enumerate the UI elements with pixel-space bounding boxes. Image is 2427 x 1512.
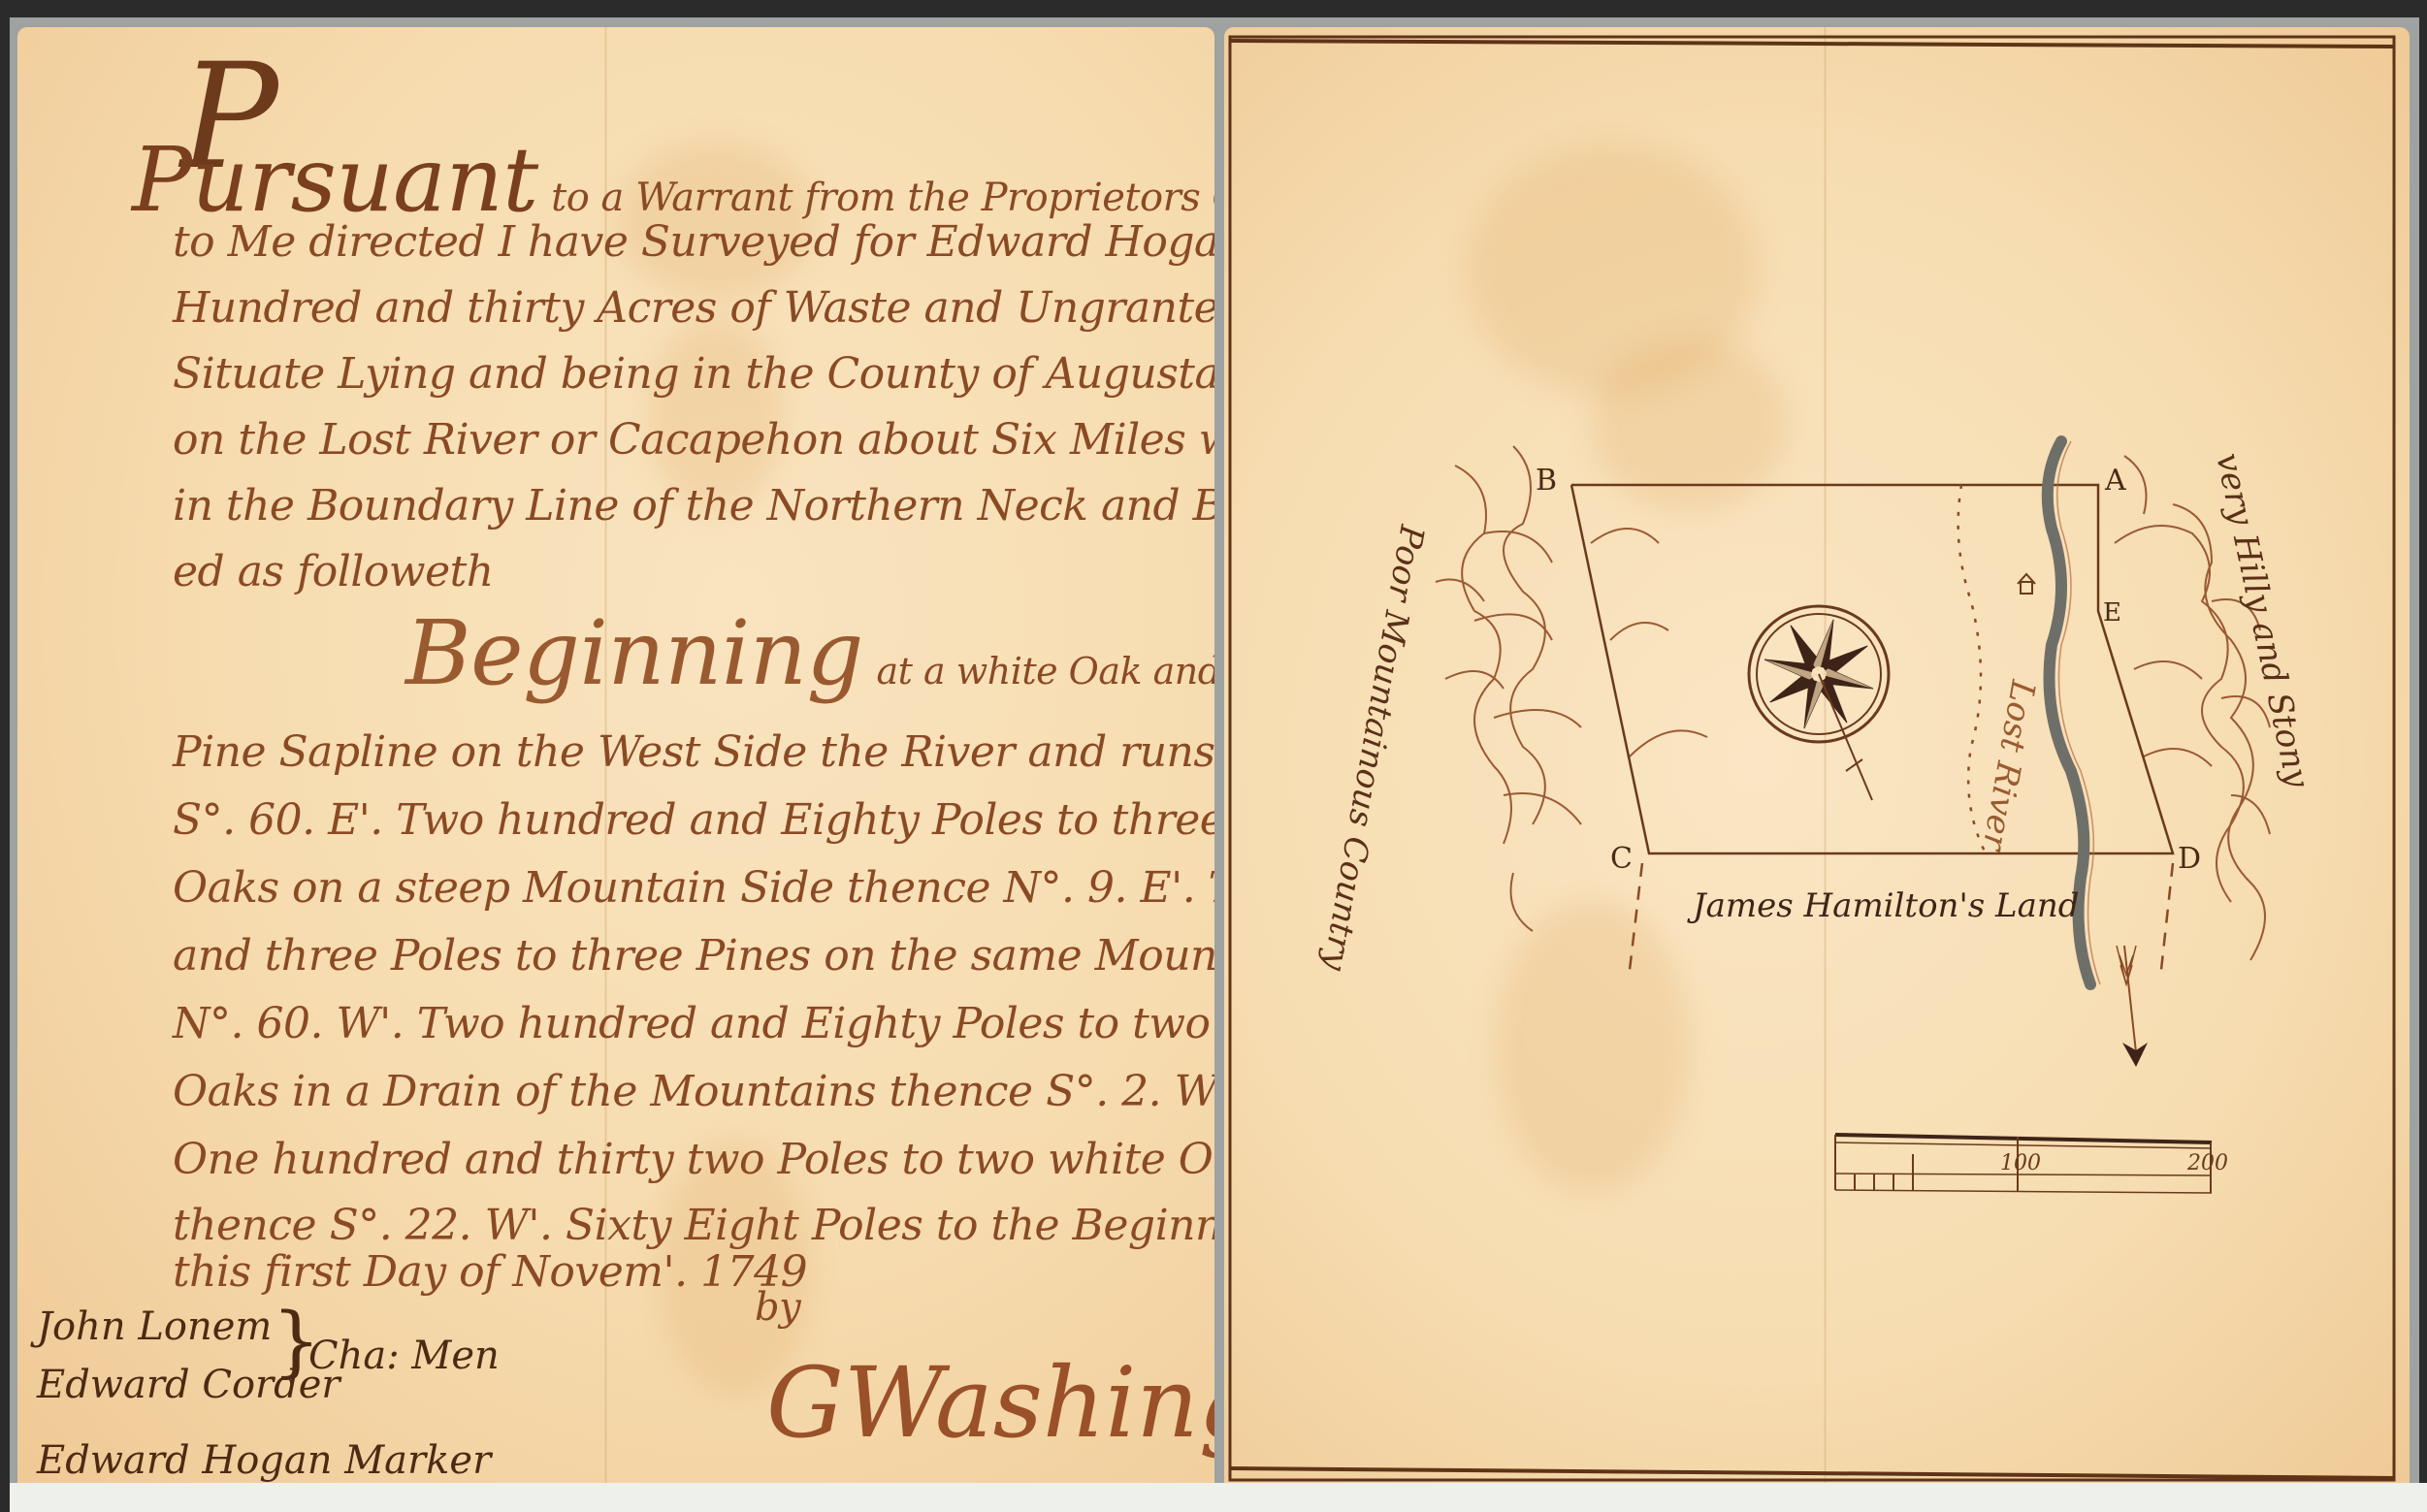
- corner-label-c: C: [1610, 842, 1633, 876]
- river-label: Lost River: [1974, 676, 2043, 854]
- corner-label-a: A: [2104, 464, 2126, 498]
- north-arrow-icon: [2117, 946, 2148, 1067]
- scale-label-100: 100: [2000, 1151, 2041, 1175]
- corner-label-d: D: [2178, 842, 2201, 876]
- scale-bar: 100 200: [1835, 1135, 2228, 1193]
- mount-bottom-edge: [10, 1483, 2427, 1512]
- corner-label-b: B: [1536, 464, 1557, 498]
- plat-drawing: Lost River B A E C D Poor Mountainous Co…: [0, 0, 2427, 1512]
- plat-border: [1230, 37, 2394, 1480]
- right-region-label: very Hilly and Stony: [2208, 450, 2316, 792]
- corner-label-e: E: [2103, 598, 2121, 627]
- scale-label-200: 200: [2186, 1151, 2228, 1175]
- house-icon: [2018, 574, 2035, 594]
- hill-hachures-left: [1436, 446, 1707, 931]
- road-dotted-line: [1958, 485, 1986, 853]
- compass-rose-icon: [1749, 606, 1889, 800]
- adjoining-land-label: James Hamilton's Land: [1687, 886, 2080, 925]
- left-region-label: Poor Mountainous Country: [1314, 521, 1432, 974]
